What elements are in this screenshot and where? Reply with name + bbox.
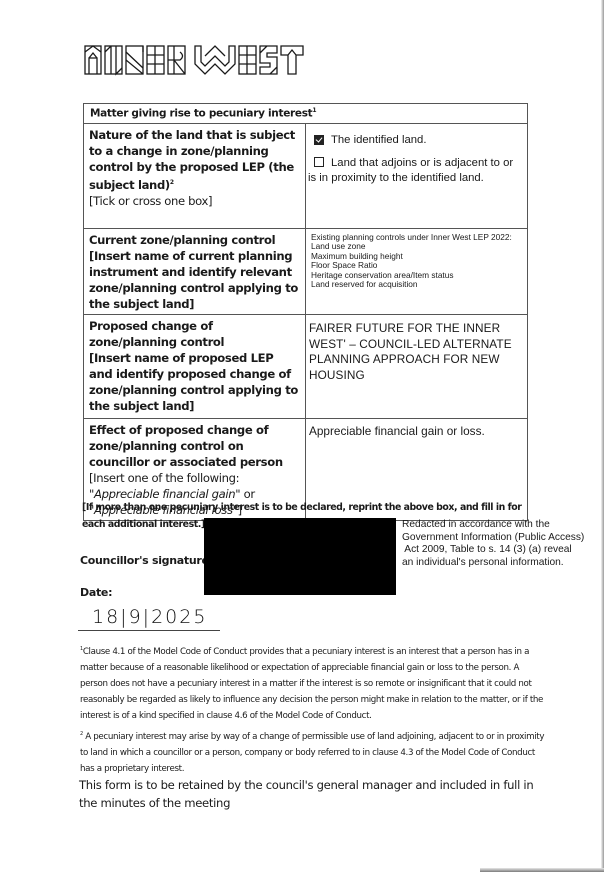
footnote-text: Clause 4.1 of the Model Code of Conduct … bbox=[80, 647, 543, 721]
table-header: Matter giving rise to pecuniary interest… bbox=[84, 104, 528, 124]
option-label: Land that adjoins or is adjacent to or i… bbox=[308, 157, 513, 184]
label-text: Proposed change of zone/planning control bbox=[89, 319, 224, 349]
option-label: The identified land. bbox=[331, 134, 426, 146]
redaction-line: Act 2009, Table to s. 14 (3) (a) reveal bbox=[402, 544, 584, 557]
footnote-marker: 1 bbox=[312, 107, 316, 114]
date-underline bbox=[78, 630, 220, 631]
footnote-text: A pecuniary interest may arise by way of… bbox=[80, 732, 544, 774]
label-instruction: [Tick or cross one box] bbox=[89, 194, 212, 208]
footnote-marker: 2 bbox=[170, 179, 174, 186]
checkbox-checked-icon[interactable] bbox=[314, 135, 324, 145]
row-value-proposed-change: FAIRER FUTURE FOR THE INNER WEST' – COUN… bbox=[306, 315, 528, 419]
row-value-current-control: Existing planning controls under Inner W… bbox=[306, 229, 528, 315]
redaction-line: Redacted in accordance with the bbox=[402, 519, 584, 532]
signature-redaction bbox=[204, 518, 396, 595]
pecuniary-interest-table: Matter giving rise to pecuniary interest… bbox=[83, 103, 528, 521]
current-controls-list: Existing planning controls under Inner W… bbox=[306, 229, 527, 289]
redaction-note: Redacted in accordance with the Governme… bbox=[402, 519, 584, 569]
list-item: Land reserved for acquisition bbox=[311, 280, 527, 289]
header-text: Matter giving rise to pecuniary interest bbox=[90, 108, 312, 120]
effect-value: Appreciable financial gain or loss. bbox=[306, 419, 527, 438]
signature-label: Councillor's signature: bbox=[80, 554, 213, 567]
row-label-proposed-change: Proposed change of zone/planning control… bbox=[84, 315, 306, 419]
row-label-nature-of-land: Nature of the land that is subject to a … bbox=[84, 124, 306, 229]
checkbox-unchecked-icon[interactable] bbox=[314, 157, 324, 167]
date-label: Date: bbox=[80, 586, 112, 599]
label-text: Current zone/planning control bbox=[89, 233, 275, 247]
label-instruction: [Insert name of proposed LEP and identif… bbox=[89, 351, 298, 413]
footnote-1: 1Clause 4.1 of the Model Code of Conduct… bbox=[80, 642, 548, 725]
label-instruction: [Insert one of the following: bbox=[89, 471, 239, 485]
proposed-lep-name: FAIRER FUTURE FOR THE INNER WEST' – COUN… bbox=[306, 315, 527, 383]
label-option: Appreciable financial gain bbox=[94, 487, 235, 501]
inner-west-logo bbox=[84, 44, 306, 76]
redaction-line: Government Information (Public Access) bbox=[402, 532, 584, 545]
row-label-current-control: Current zone/planning control [Insert na… bbox=[84, 229, 306, 315]
label-text: Effect of proposed change of zone/planni… bbox=[89, 423, 283, 469]
row-value-nature-of-land: The identified land. Land that adjoins o… bbox=[306, 124, 528, 229]
redaction-line: an individual's personal information. bbox=[402, 557, 584, 570]
footnote-2: 2 A pecuniary interest may arise by way … bbox=[80, 727, 548, 778]
retention-note: This form is to be retained by the counc… bbox=[79, 776, 549, 812]
page-edge-shadow bbox=[480, 868, 604, 872]
option-identified-land[interactable]: The identified land. bbox=[306, 124, 527, 146]
date-value: 18|9|2025 bbox=[92, 606, 207, 628]
label-instruction: [Insert name of current planning instrum… bbox=[89, 249, 298, 311]
option-adjoining-land[interactable]: Land that adjoins or is adjacent to or i… bbox=[306, 146, 527, 186]
label-text: Nature of the land that is subject to a … bbox=[89, 128, 295, 192]
footnote-marker: 2 bbox=[80, 731, 83, 737]
label-join: or bbox=[240, 487, 255, 501]
